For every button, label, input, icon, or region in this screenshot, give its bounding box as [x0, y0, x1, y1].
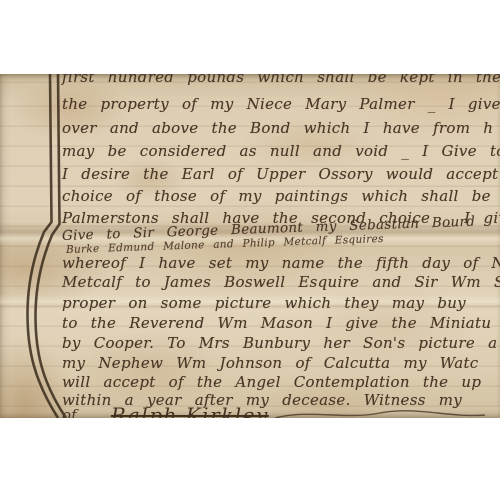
manuscript-line: the property of my Niece Mary Palmer _ I… [62, 96, 500, 113]
signature-row: of _ Ralph Kirkley [62, 403, 485, 418]
parchment-sheet: first hundred pounds which shall be kept… [0, 74, 500, 418]
flourish-stroke [275, 411, 485, 418]
manuscript-line: may be considered as null and void _ I G… [62, 143, 500, 160]
manuscript-line: whereof I have set my name the fifth day… [62, 255, 500, 272]
manuscript-line: I desire the Earl of Upper Ossory would … [62, 166, 500, 183]
manuscript-line: my Nephew Wm Johnson of Calcutta my Watc [62, 355, 479, 372]
manuscript-line: will accept of the Angel Contemplation t… [62, 374, 481, 391]
rule-line-outer [28, 74, 59, 418]
signature-flourish [275, 406, 485, 418]
manuscript-line: by Cooper. To Mrs Bunbury her Son's pict… [62, 335, 497, 352]
signature-prefix: of _ [62, 406, 97, 418]
manuscript-line: choice of those of my paintings which sh… [62, 188, 491, 205]
manuscript-line: Metcalf to James Boswell Esquire and Sir… [62, 274, 500, 291]
manuscript-line: first hundred pounds which shall be kept… [62, 74, 500, 86]
manuscript-line: proper on some picture which they may bu… [62, 295, 466, 312]
manuscript-line: to the Reverend Wm Mason I give the Mini… [62, 315, 491, 332]
photo-of-manuscript: first hundred pounds which shall be kept… [0, 0, 500, 500]
manuscript-line: over and above the Bond which I have fro… [62, 120, 493, 137]
signature-name-struck-through: Ralph Kirkley [111, 403, 269, 418]
